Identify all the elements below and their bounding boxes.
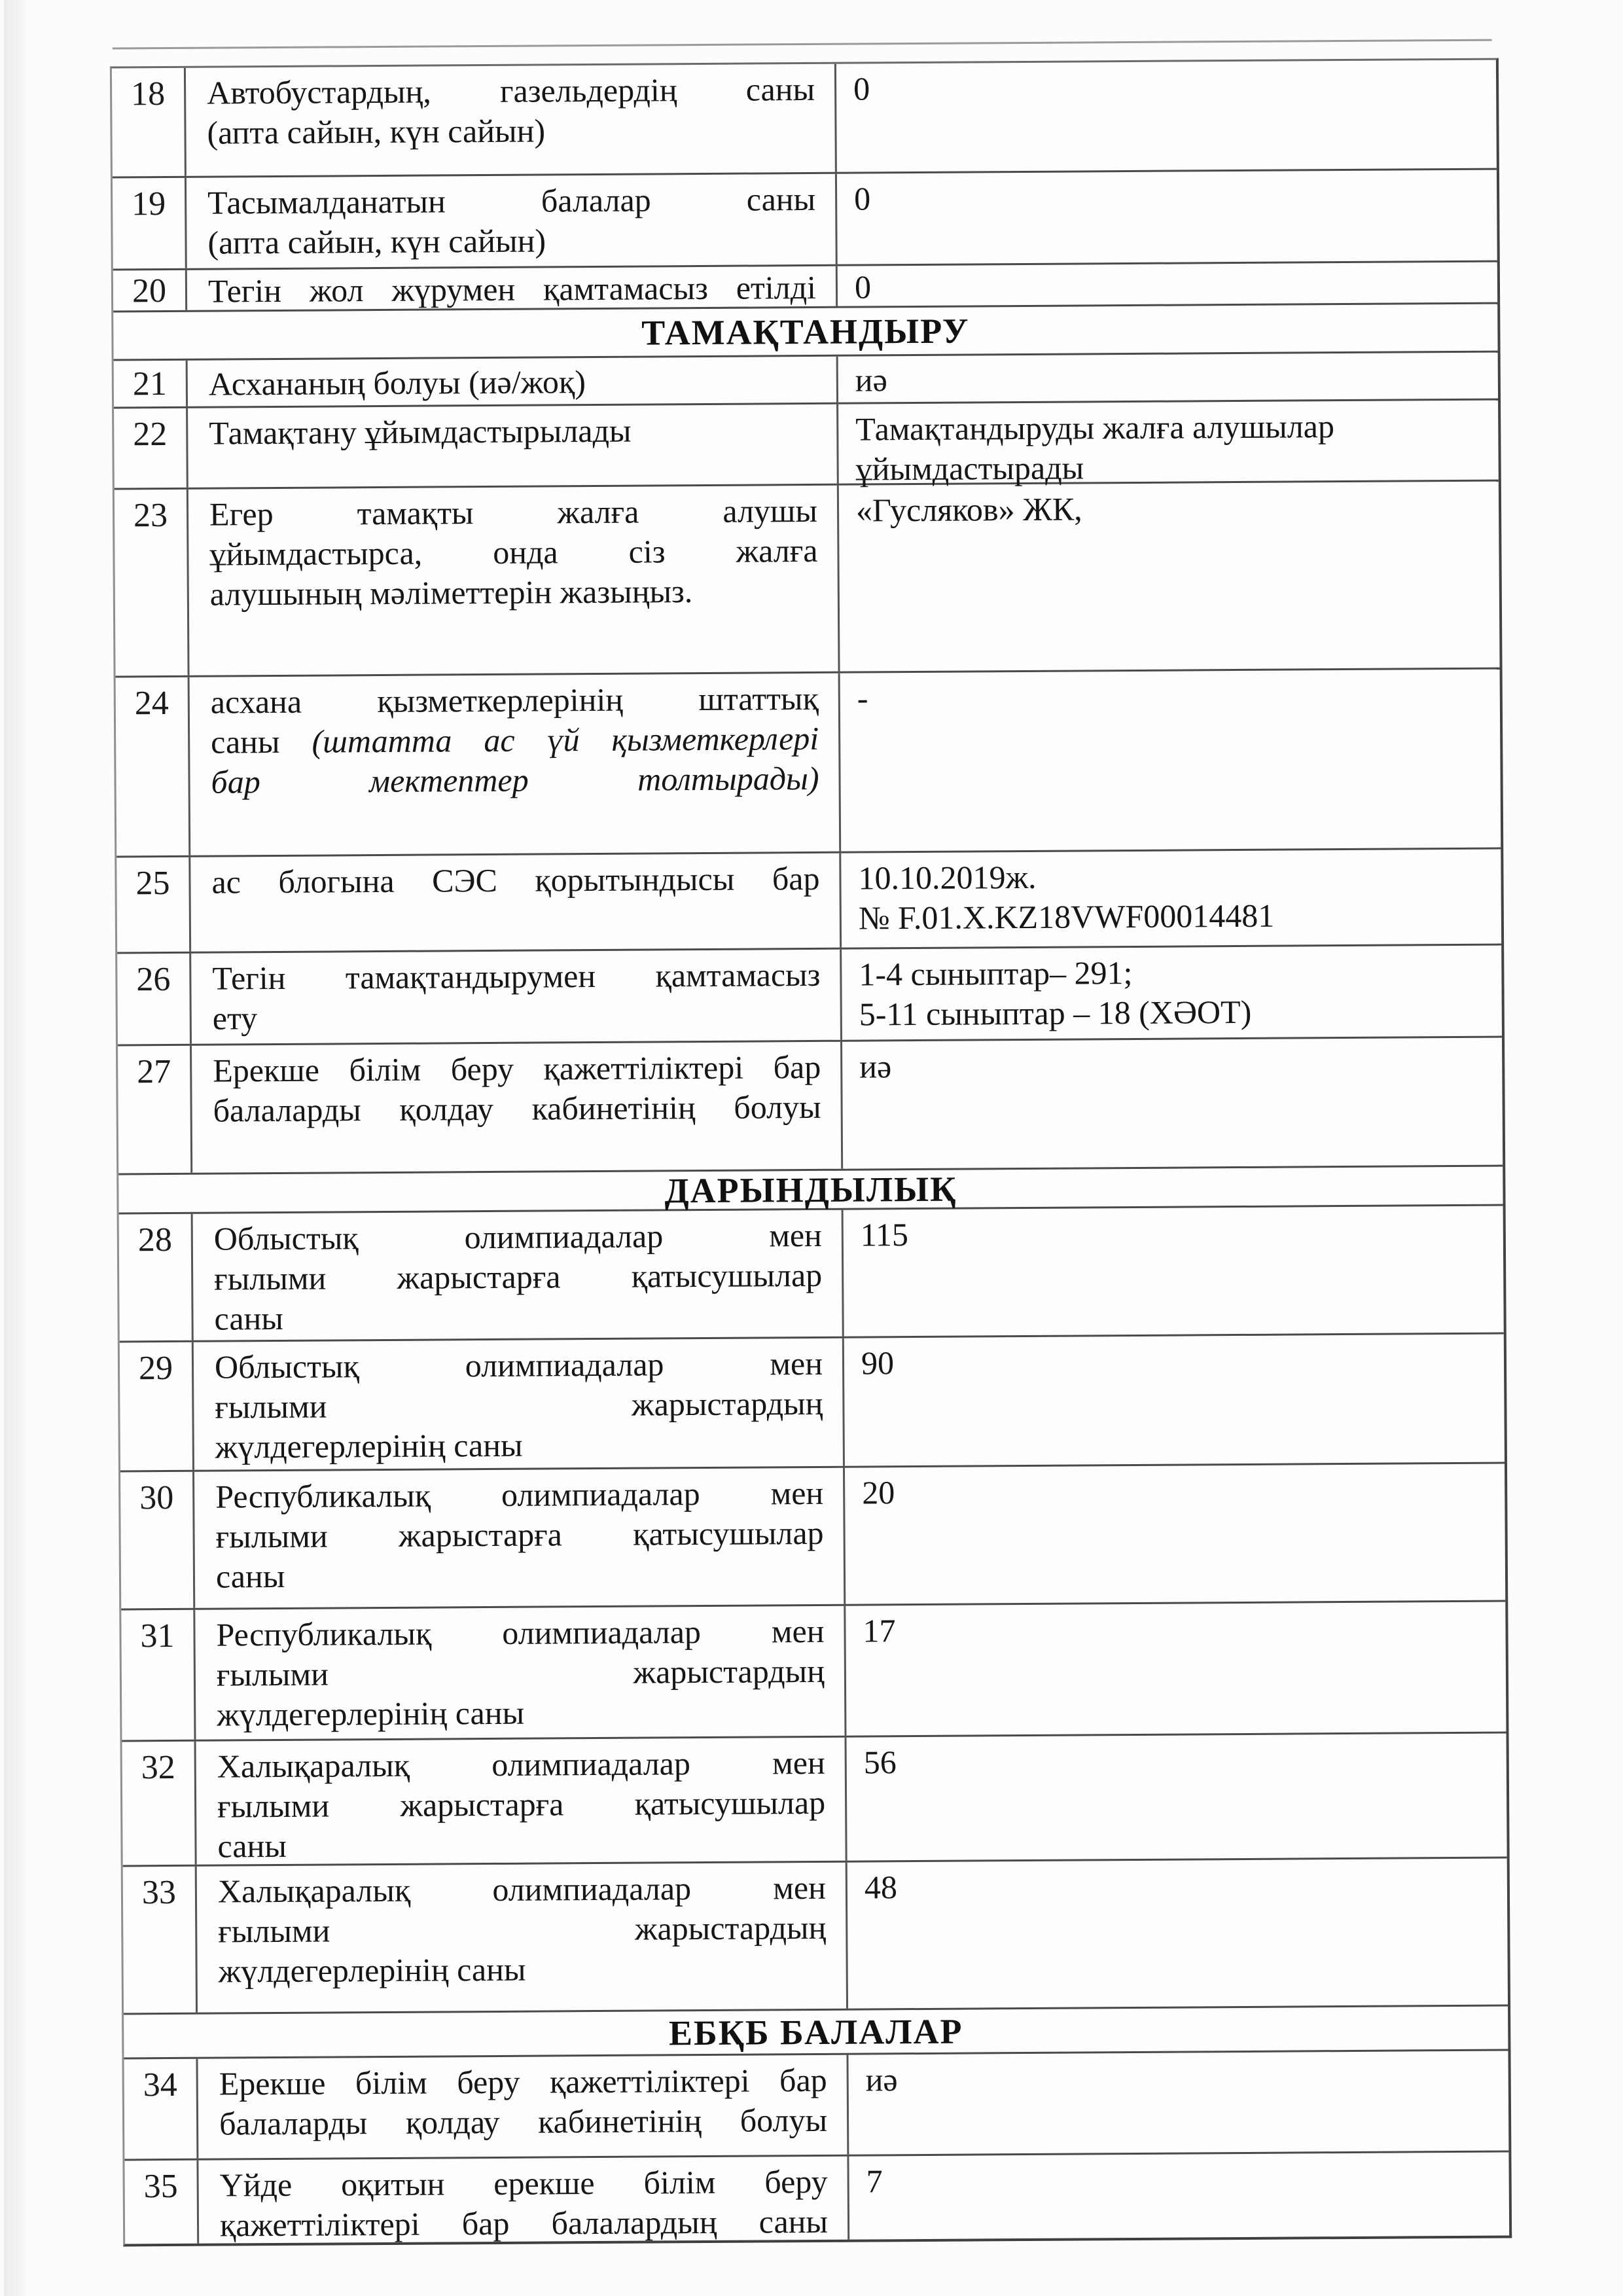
row-label-cell: Республикалық олимпиадалар мен ғылыми жа…: [192, 1468, 844, 1608]
label-line: ғылыми жарыстардың: [215, 1384, 823, 1427]
table-row: 22 Тамақтану ұйымдастырылады Тамақтандыр…: [114, 399, 1499, 488]
value-line: № F.01.X.KZ18VWF00014481: [859, 895, 1489, 939]
label-line: жүлдегерлерінің саны: [217, 1691, 825, 1735]
row-label-cell: Егер тамақты жалға алушы ұйымдастырса, о…: [187, 486, 838, 675]
row-value-cell: 17: [844, 1602, 1507, 1736]
row-number: 26: [117, 954, 190, 1045]
label-line: Тегін тамақтандырумен қамтамасыз: [212, 955, 820, 999]
row-number: 27: [118, 1046, 190, 1174]
value-line: 1-4 сыныптар– 291;: [859, 951, 1489, 995]
value-line: 10.10.2019ж.: [858, 855, 1488, 899]
label-line: Республикалық олимпиадалар мен: [216, 1611, 824, 1655]
label-line: ету: [213, 995, 821, 1039]
value-line: 7: [866, 2158, 1496, 2202]
value-line: 0: [855, 264, 1485, 308]
label-line: ас блогына СЭС қорытындысы бар: [211, 859, 819, 903]
row-value-cell: 0: [834, 60, 1497, 172]
row-number: 33: [123, 1867, 196, 2013]
label-line: асхана қызметкерлерінің штаттық: [211, 679, 819, 723]
label-line: Республикалық олимпиадалар мен: [215, 1473, 823, 1517]
label-line: алушының мәліметтерін жазыңыз.: [210, 571, 818, 615]
row-number: 18: [112, 68, 185, 177]
row-label-cell: Халықаралық олимпиадалар мен ғылыми жары…: [194, 1738, 846, 1865]
row-number: 34: [124, 2059, 196, 2159]
table-row: 27 Ерекше білім беру қажеттіліктері бар …: [118, 1036, 1503, 1174]
value-line: иә: [866, 2056, 1496, 2100]
label-line: қажеттіліктері бар балалардың саны: [220, 2202, 828, 2246]
value-line: 0: [854, 175, 1484, 219]
label-line: балаларды қолдау кабинетінің болуы: [219, 2100, 827, 2144]
row-value-cell: 115: [842, 1206, 1505, 1336]
label-note-italic: бар мектептер толтырады): [211, 759, 819, 802]
value-line: иә: [859, 1043, 1489, 1087]
row-value-cell: 20: [843, 1464, 1506, 1604]
value-line: 115: [861, 1211, 1491, 1255]
label-text: саны: [211, 723, 280, 761]
table-row: 19 Тасымалданатын балалар саны (апта сай…: [113, 168, 1497, 269]
label-line: (апта сайын, күн сайын): [207, 219, 815, 263]
label-line: Облыстық олимпиадалар мен: [215, 1344, 823, 1388]
row-label-cell: Ерекше білім беру қажеттіліктері бар бал…: [190, 1042, 841, 1173]
row-label-cell: Үйде оқитын ерекше білім беру қажеттілік…: [196, 2157, 847, 2244]
row-value-cell: 10.10.2019ж. № F.01.X.KZ18VWF00014481: [839, 850, 1502, 948]
value-line: 20: [862, 1469, 1492, 1513]
section-header-sen-children: ЕБҚБ БАЛАЛАР: [124, 2005, 1508, 2058]
row-value-cell: 7: [847, 2153, 1510, 2240]
row-number: 28: [119, 1214, 192, 1341]
label-line: Тасымалданатын балалар саны: [207, 179, 815, 223]
value-line: 48: [865, 1864, 1495, 1908]
table-row: 18 Автобустардың, газельдердің саны (апт…: [112, 60, 1497, 177]
value-line: 5-11 сыныптар – 18 (ХӘОТ): [859, 991, 1489, 1035]
row-label-cell: Облыстық олимпиадалар мен ғылыми жарыста…: [192, 1338, 843, 1470]
row-label-cell: Тамақтану ұйымдастырылады: [186, 404, 837, 488]
row-label-cell: Халықаралық олимпиадалар мен ғылыми жары…: [195, 1863, 846, 2013]
value-line: «Гусляков» ЖК,: [856, 487, 1486, 531]
row-label-cell: Тасымалданатын балалар саны (апта сайын,…: [185, 174, 836, 268]
label-line: Ерекше білім беру қажеттіліктері бар: [213, 1047, 821, 1091]
label-line: Егер тамақты жалға алушы: [209, 491, 817, 535]
value-line: 0: [853, 65, 1484, 109]
label-line: жүлдегерлерінің саны: [218, 1948, 826, 1992]
row-label-cell: Облыстық олимпиадалар мен ғылыми жарыста…: [191, 1210, 842, 1340]
row-number: 35: [124, 2161, 197, 2244]
row-value-cell: иә: [836, 353, 1499, 403]
label-note-italic: (штатта ас үй қызметкерлері: [312, 720, 819, 760]
row-number: 19: [113, 178, 185, 269]
row-label-cell: асхана қызметкерлерінің штаттық саны (шт…: [188, 673, 840, 855]
value-line: 56: [864, 1739, 1494, 1783]
label-line: ғылыми жарыстарға қатысушылар: [217, 1783, 825, 1827]
row-value-cell: иә: [846, 2051, 1509, 2155]
row-value-cell: -: [838, 670, 1502, 852]
row-number: 20: [113, 270, 185, 311]
table-row: 20 Тегін жол жүрумен қамтамасыз етілді 0: [113, 260, 1497, 311]
row-value-cell: 48: [846, 1859, 1508, 2009]
label-line: Үйде оқитын ерекше білім беру: [219, 2162, 827, 2206]
row-value-cell: 56: [845, 1734, 1508, 1861]
row-value-cell: «Гусляков» ЖК,: [837, 482, 1501, 672]
table-row: 26 Тегін тамақтандырумен қамтамасыз ету …: [117, 944, 1502, 1045]
row-label-cell: ас блогына СЭС қорытындысы бар: [188, 853, 840, 952]
row-value-cell: 0: [836, 262, 1498, 306]
table-row: 34 Ерекше білім беру қажеттіліктері бар …: [124, 2049, 1508, 2159]
label-line: ғылыми жарыстардың: [218, 1908, 826, 1952]
row-label-cell: Республикалық олимпиадалар мен ғылыми жа…: [193, 1606, 844, 1740]
scan-artifact-line: [113, 39, 1492, 50]
label-line: Тамақтану ұйымдастырылады: [209, 410, 817, 454]
row-label-cell: Тегін жол жүрумен қамтамасыз етілді: [185, 266, 836, 310]
value-line: иә: [855, 357, 1486, 401]
document-sheet: 18 Автобустардың, газельдердің саны (апт…: [0, 0, 1623, 2296]
label-line: ұйымдастырса, онда сіз жалға: [209, 531, 817, 575]
row-value-cell: 1-4 сыныптар– 291; 5-11 сыныптар – 18 (Х…: [840, 946, 1503, 1040]
label-line: саны: [216, 1553, 824, 1597]
row-label-cell: Тегін тамақтандырумен қамтамасыз ету: [189, 950, 840, 1044]
label-line: Автобустардың, газельдердің саны: [207, 69, 815, 113]
row-number: 25: [116, 857, 189, 952]
table-row: 28 Облыстық олимпиадалар мен ғылыми жары…: [119, 1204, 1504, 1341]
label-line: Облыстық олимпиадалар мен: [214, 1215, 822, 1259]
value-line: 17: [863, 1607, 1493, 1651]
row-value-cell: Тамақтандыруды жалға алушылар ұйымдастыр…: [836, 401, 1499, 484]
row-number: 24: [116, 677, 189, 856]
scanned-document-page: 18 Автобустардың, газельдердің саны (апт…: [0, 0, 1623, 2296]
row-number: 21: [114, 361, 186, 407]
label-line: Асхананың болуы (иә/жоқ): [209, 361, 817, 404]
label-line: (апта сайын, күн сайын): [207, 109, 815, 153]
row-value-cell: иә: [840, 1038, 1503, 1169]
table-row: 21 Асхананың болуы (иә/жоқ) иә: [114, 351, 1498, 407]
table-row: 35 Үйде оқитын ерекше білім беру қажетті…: [124, 2151, 1509, 2244]
label-line: саны (штатта ас үй қызметкерлері: [211, 719, 819, 762]
row-number: 23: [115, 490, 188, 676]
table-row: 33 Халықаралық олимпиадалар мен ғылыми ж…: [123, 1857, 1508, 2013]
school-report-table: 18 Автобустардың, газельдердің саны (апт…: [110, 58, 1512, 2247]
table-row: 32 Халықаралық олимпиадалар мен ғылыми ж…: [122, 1732, 1507, 1865]
label-line: ғылыми жарыстарға қатысушылар: [215, 1513, 823, 1557]
table-row: 30 Республикалық олимпиадалар мен ғылыми…: [120, 1462, 1505, 1609]
row-value-cell: 90: [842, 1335, 1505, 1466]
row-number: 22: [114, 408, 187, 488]
row-number: 29: [120, 1342, 192, 1471]
row-number: 32: [122, 1742, 195, 1865]
table-row: 25 ас блогына СЭС қорытындысы бар 10.10.…: [116, 848, 1501, 952]
section-header-catering: ТАМАҚТАНДЫРУ: [113, 302, 1497, 359]
table-row: 23 Егер тамақты жалға алушы ұйымдастырса…: [115, 480, 1500, 676]
row-label-cell: Асхананың болуы (иә/жоқ): [186, 357, 836, 406]
label-line: Ерекше білім беру қажеттіліктері бар: [219, 2060, 827, 2104]
row-label-cell: Ерекше білім беру қажеттіліктері бар бал…: [196, 2055, 847, 2159]
label-line: жүлдегерлерінің саны: [215, 1424, 823, 1467]
value-line: 90: [861, 1340, 1491, 1384]
table-row: 31 Республикалық олимпиадалар мен ғылыми…: [121, 1600, 1506, 1740]
label-line: Тегін жол жүрумен қамтамасыз етілді: [208, 268, 816, 312]
label-line: балаларды қолдау кабинетінің болуы: [213, 1087, 821, 1131]
label-line: ғылыми жарыстардың: [217, 1651, 825, 1695]
label-line: саны: [217, 1823, 825, 1867]
row-label-cell: Автобустардың, газельдердің саны (апта с…: [184, 64, 835, 176]
row-value-cell: 0: [835, 170, 1498, 264]
row-number: 30: [120, 1472, 193, 1609]
table-row: 24 асхана қызметкерлерінің штаттық саны …: [116, 668, 1501, 856]
value-line: Тамақтандыруды жалға алушылар: [855, 406, 1486, 450]
label-line: ғылыми жарыстарға қатысушылар: [214, 1255, 822, 1299]
table-row: 29 Облыстық олимпиадалар мен ғылыми жары…: [120, 1333, 1505, 1471]
label-line: саны: [214, 1295, 822, 1339]
label-line: Халықаралық олимпиадалар мен: [217, 1743, 825, 1787]
label-line: Халықаралық олимпиадалар мен: [218, 1868, 826, 1912]
row-number: 31: [121, 1610, 194, 1740]
value-line: -: [857, 675, 1488, 719]
